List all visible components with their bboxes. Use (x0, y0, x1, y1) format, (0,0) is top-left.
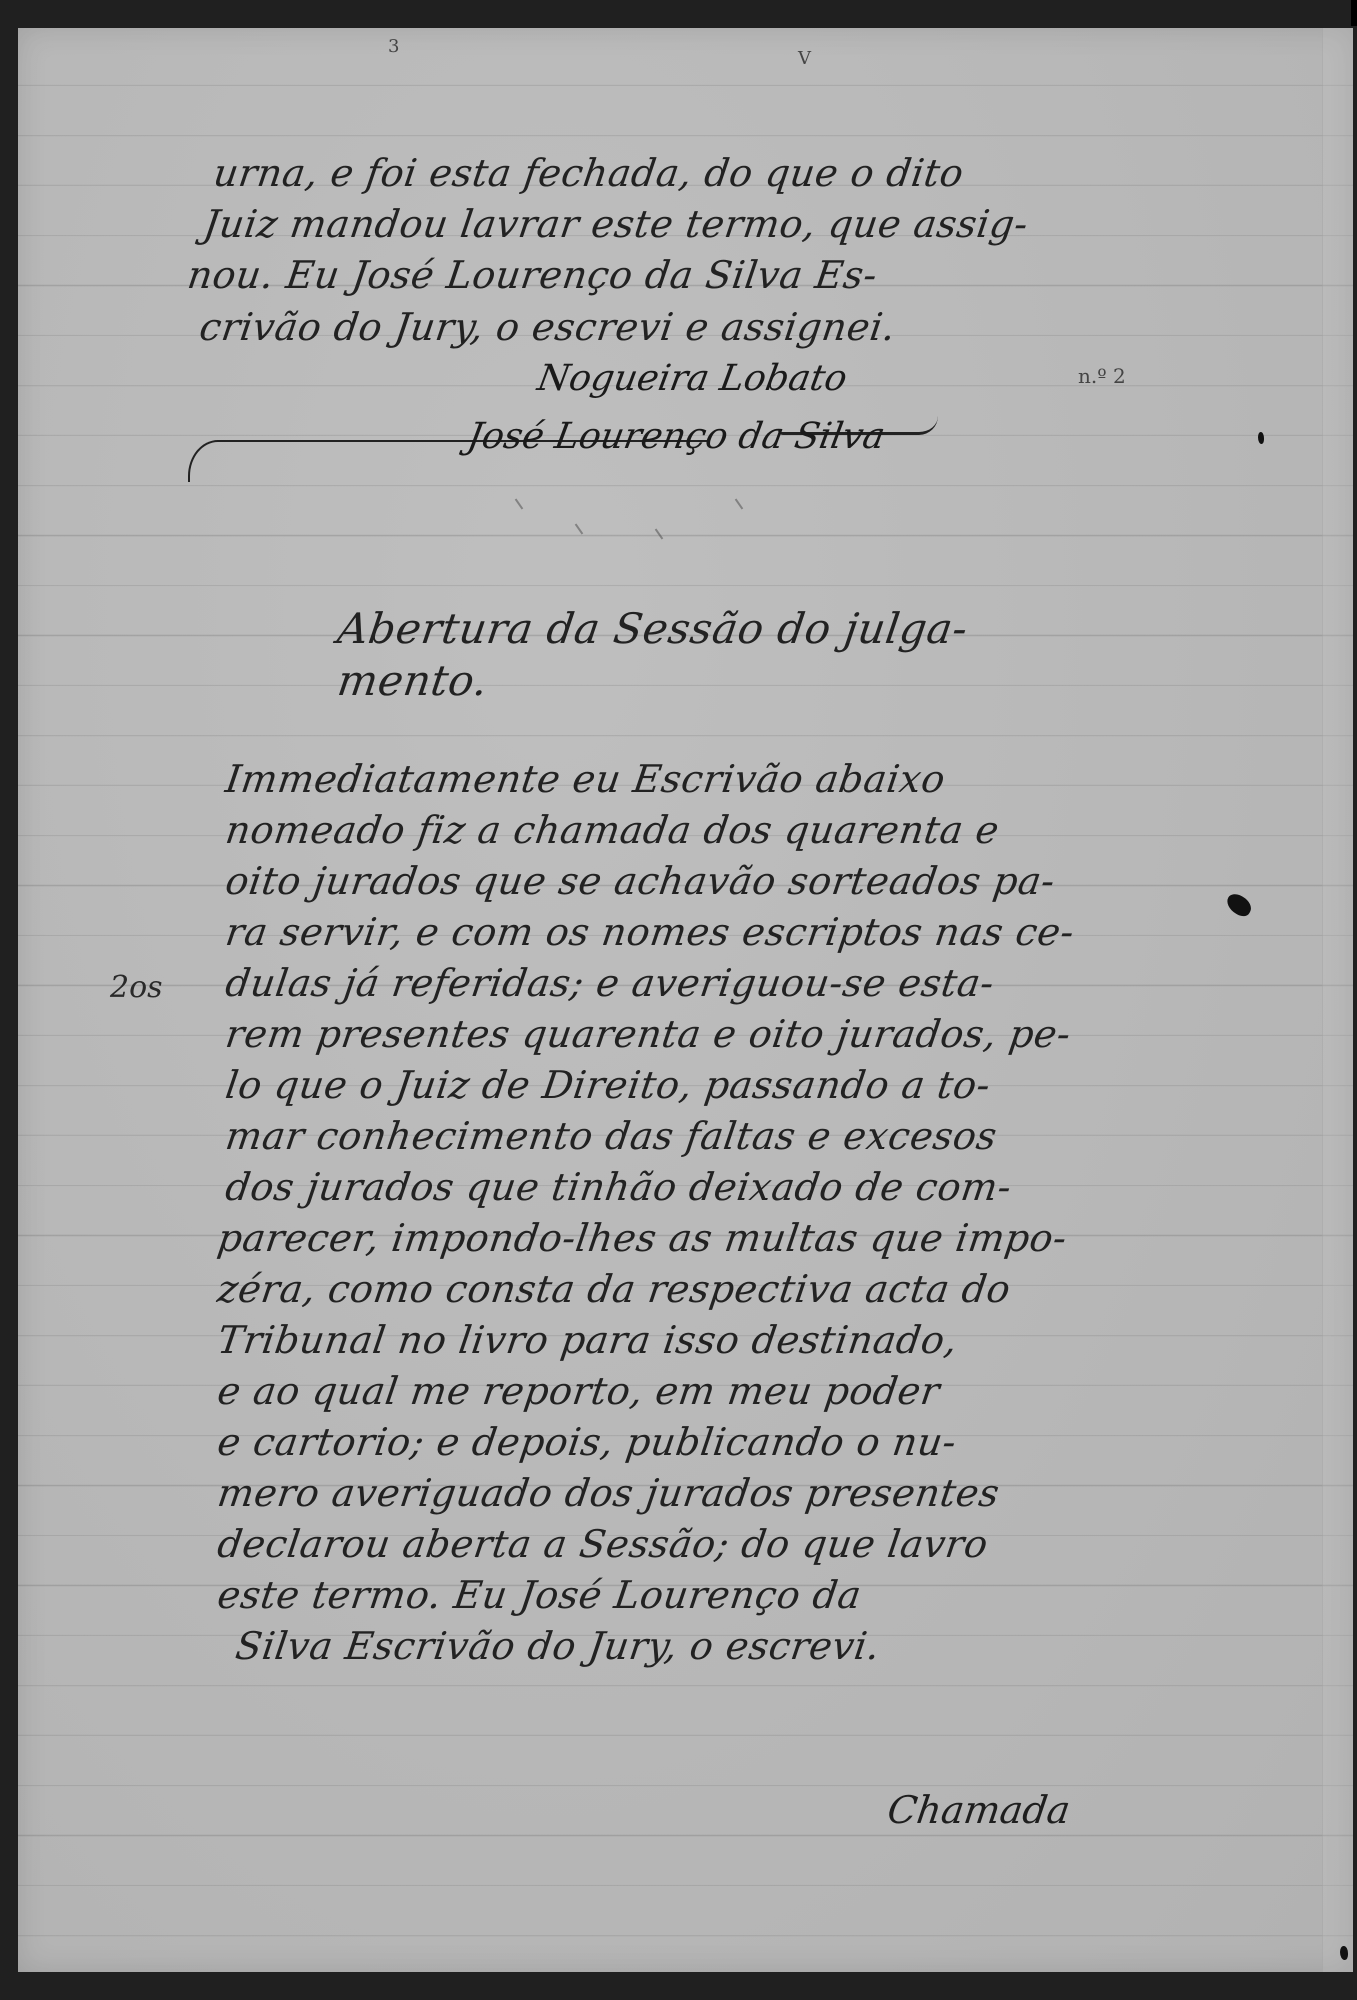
text-line: e ao qual me reporto, em meu poder (215, 1372, 942, 1410)
text-line: nou. Eu José Lourenço da Silva Es- (185, 256, 879, 294)
text-line: mero averiguado dos jurados presentes (215, 1474, 1001, 1512)
text-line: urna, e foi esta fechada, do que o dito (211, 154, 966, 192)
text-line: zéra, como consta da respectiva acta do (215, 1270, 1013, 1308)
text-line: dulas já referidas; e averiguou-se esta- (223, 964, 996, 1002)
section-title: Abertura da Sessão do julga- (335, 608, 970, 650)
text-line: Silva Escrivão do Jury, o escrevi. (233, 1627, 882, 1665)
text-line: Juiz mandou lavrar este termo, que assig… (201, 205, 1030, 243)
page-edge-strip (1322, 28, 1353, 1972)
bleed-through-mark (515, 499, 524, 510)
text-line: e cartorio; e depois, publicando o nu- (215, 1423, 959, 1461)
bleed-through-mark (735, 499, 744, 510)
signature-clerk: José Lourenço da Silva (464, 416, 888, 457)
bleed-through-mark (655, 529, 664, 540)
section-title-continued: mento. (335, 660, 490, 702)
top-center-mark: V (798, 48, 811, 69)
text-line: dos jurados que tinhão deixado de com- (223, 1168, 1014, 1206)
bleed-through-mark (575, 524, 584, 535)
text-line: parecer, impondo-lhes as multas que impo… (215, 1219, 1069, 1257)
text-line: Immediatamente eu Escrivão abaixo (223, 760, 947, 798)
ink-spot (1258, 432, 1264, 444)
margin-note: 2os (110, 970, 163, 1005)
text-line: declarou aberta a Sessão; do que lavro (215, 1525, 990, 1563)
ink-spot (1340, 1946, 1348, 1960)
side-mark: n.º 2 (1078, 364, 1126, 388)
text-line: crivão do Jury, o escrevi e assignei. (197, 308, 898, 346)
text-line: oito jurados que se achavão sorteados pa… (223, 862, 1057, 900)
text-line: este termo. Eu José Lourenço da (215, 1576, 863, 1614)
text-line: mar conhecimento das faltas e excesos (223, 1117, 999, 1155)
ink-blot (1223, 891, 1255, 920)
top-left-mark: 3 (388, 36, 399, 57)
text-line: nomeado fiz a chamada dos quarenta e (223, 811, 1001, 849)
text-line: rem presentes quarenta e oito jurados, p… (223, 1015, 1073, 1053)
text-line: lo que o Juiz de Direito, passando a to- (223, 1066, 992, 1104)
manuscript-page: 3 V urna, e foi esta fechada, do que o d… (18, 28, 1353, 1972)
text-line: Tribunal no livro para isso destinado, (215, 1321, 960, 1359)
catchword: Chamada (885, 1788, 1073, 1832)
signature-judge: Nogueira Lobato (534, 358, 850, 399)
scan-edge-notch (1351, 0, 1357, 26)
text-line: ra servir, e com os nomes escriptos nas … (223, 913, 1076, 951)
